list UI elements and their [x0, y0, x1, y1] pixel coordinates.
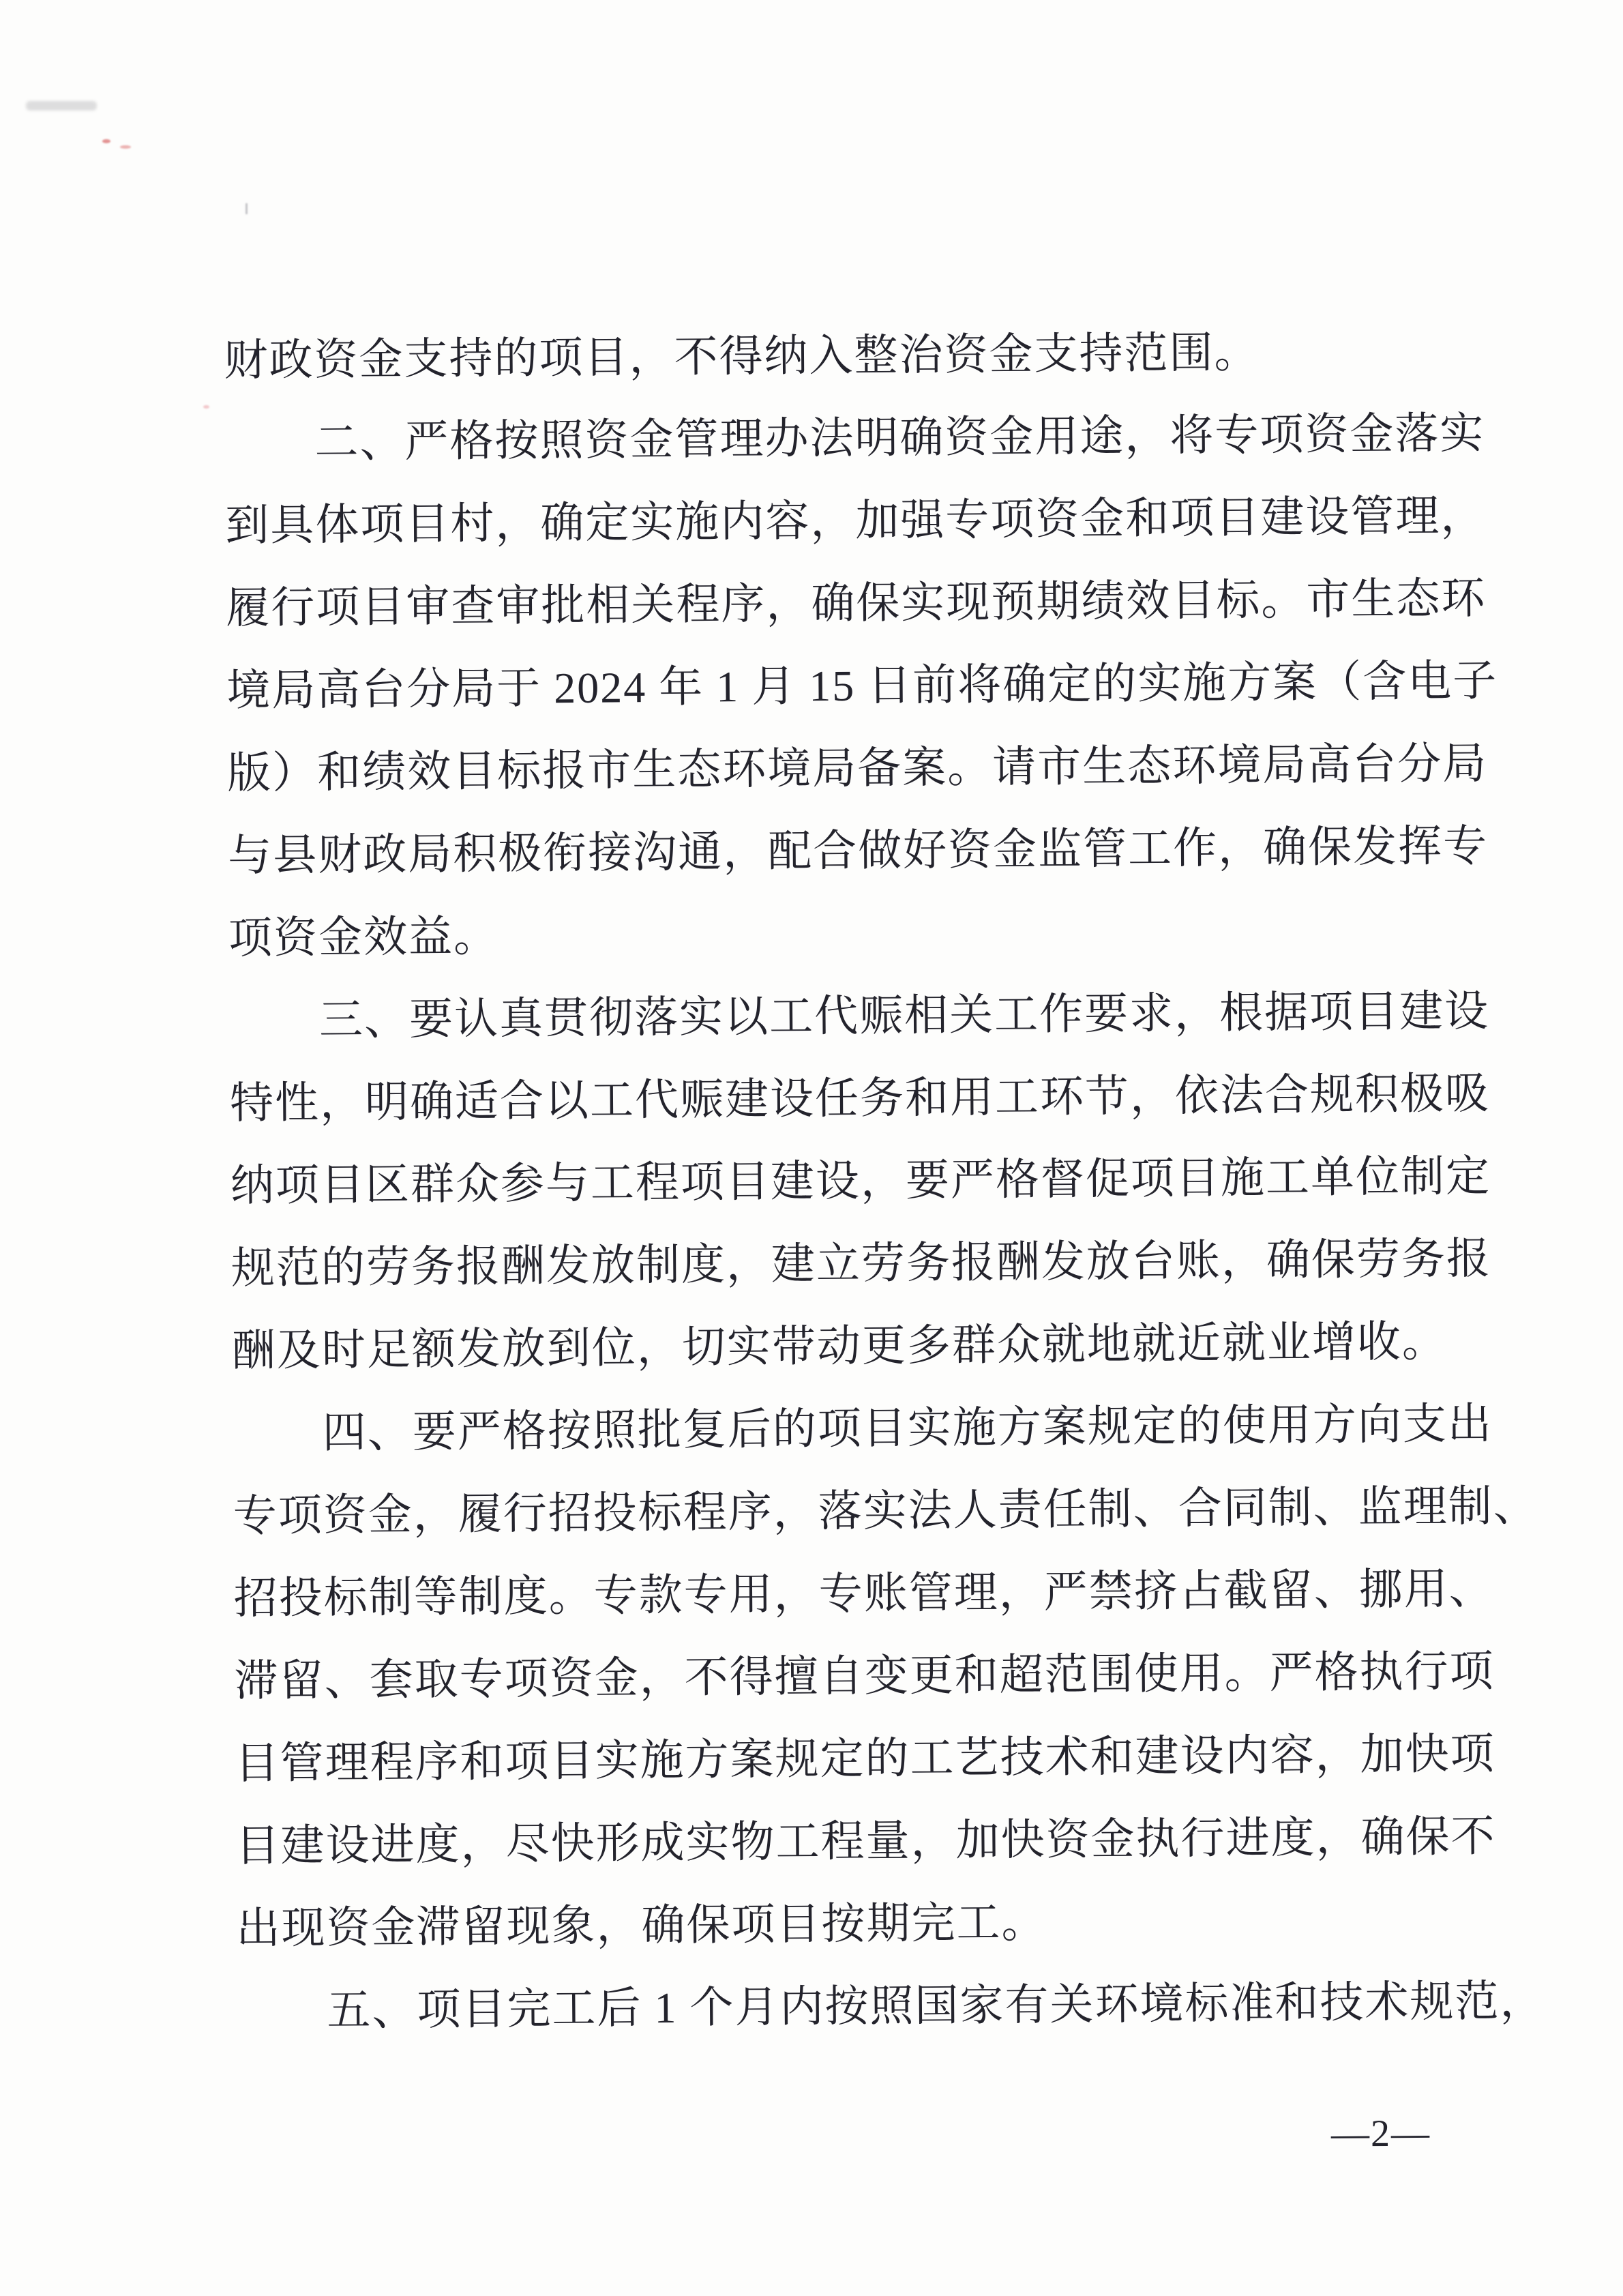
text-line: 财政资金支持的项目，不得纳入整治资金支持范围。: [224, 309, 1527, 402]
text-line: 特性，明确适合以工代赈建设任务和用工环节，依法合规积极吸: [230, 1052, 1533, 1145]
text-line: 纳项目区群众参与工程项目建设，要严格督促项目施工单位制定: [230, 1134, 1534, 1227]
text-line: 目建设进度，尽快形成实物工程量，加快资金执行进度，确保不: [235, 1795, 1538, 1887]
scan-artifact-speck: [203, 405, 209, 409]
text-line: 二、严格按照资金管理办法明确资金用途，将专项资金落实: [224, 392, 1528, 484]
text-line: 四、要严格按照批复后的项目实施方案规定的使用方向支出: [232, 1382, 1535, 1475]
text-line: 五、项目完工后 1 个月内按照国家有关环境标准和技术规范，: [237, 1960, 1540, 2052]
document-body: 财政资金支持的项目，不得纳入整治资金支持范围。二、严格按照资金管理办法明确资金用…: [224, 309, 1540, 2052]
scan-artifact-tick: [245, 203, 248, 214]
text-line: 履行项目审查审批相关程序，确保实现预期绩效目标。市生态环: [226, 557, 1529, 649]
text-line: 到具体项目村，确定实施内容，加强专项资金和项目建设管理，: [225, 474, 1528, 567]
text-line: 专项资金，履行招投标程序，落实法人责任制、合同制、监理制、: [233, 1465, 1536, 1557]
text-line: 境局高台分局于 2024 年 1 月 15 日前将确定的实施方案（含电子: [226, 639, 1530, 732]
scan-artifact-smudge: [26, 101, 97, 111]
text-line: 酬及时足额发放到位，切实带动更多群众就地就近就业增收。: [231, 1299, 1534, 1392]
document-page: 财政资金支持的项目，不得纳入整治资金支持范围。二、严格按照资金管理办法明确资金用…: [0, 0, 1623, 2296]
text-line: 与县财政局积极衔接沟通，配合做好资金监管工作，确保发挥专: [228, 804, 1531, 897]
text-line: 三、要认真贯彻落实以工代赈相关工作要求，根据项目建设: [229, 969, 1532, 1062]
text-line: 招投标制等制度。专款专用，专账管理，严禁挤占截留、挪用、: [233, 1547, 1536, 1640]
scan-artifact-speck: [120, 145, 131, 149]
text-line: 目管理程序和项目实施方案规定的工艺技术和建设内容，加快项: [235, 1712, 1538, 1805]
text-line: 滞留、套取专项资金，不得擅自变更和超范围使用。严格执行项: [234, 1630, 1537, 1722]
text-line: 出现资金滞留现象，确保项目按期完工。: [236, 1877, 1539, 1970]
scan-artifact-speck: [102, 139, 110, 143]
text-line: 规范的劳务报酬发放制度，建立劳务报酬发放台账，确保劳务报: [230, 1217, 1534, 1310]
text-line: 项资金效益。: [228, 887, 1532, 980]
page-number: —2—: [1331, 2111, 1431, 2155]
text-line: 版）和绩效目标报市生态环境局备案。请市生态环境局高台分局: [227, 722, 1530, 814]
